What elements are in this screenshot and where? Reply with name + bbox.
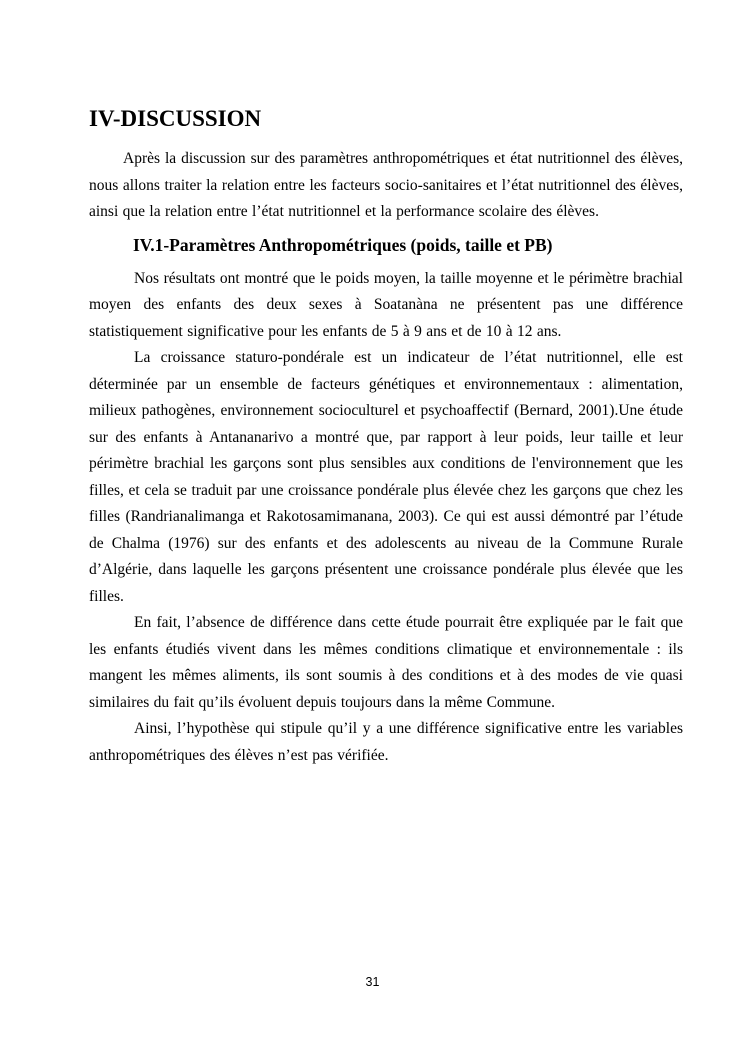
body-paragraph-2: La croissance staturo-pondérale est un i… — [89, 345, 683, 610]
body-paragraph-3: En fait, l’absence de différence dans ce… — [89, 610, 683, 716]
page-number: 31 — [0, 975, 745, 989]
page-title: IV-DISCUSSION — [89, 105, 683, 133]
body-paragraph-4: Ainsi, l’hypothèse qui stipule qu’il y a… — [89, 716, 683, 769]
section-heading: IV.1-Paramètres Anthropométriques (poids… — [89, 232, 683, 259]
body-paragraph-1: Nos résultats ont montré que le poids mo… — [89, 266, 683, 346]
document-page: IV-DISCUSSION Après la discussion sur de… — [0, 0, 745, 1053]
intro-paragraph: Après la discussion sur des paramètres a… — [89, 146, 683, 226]
